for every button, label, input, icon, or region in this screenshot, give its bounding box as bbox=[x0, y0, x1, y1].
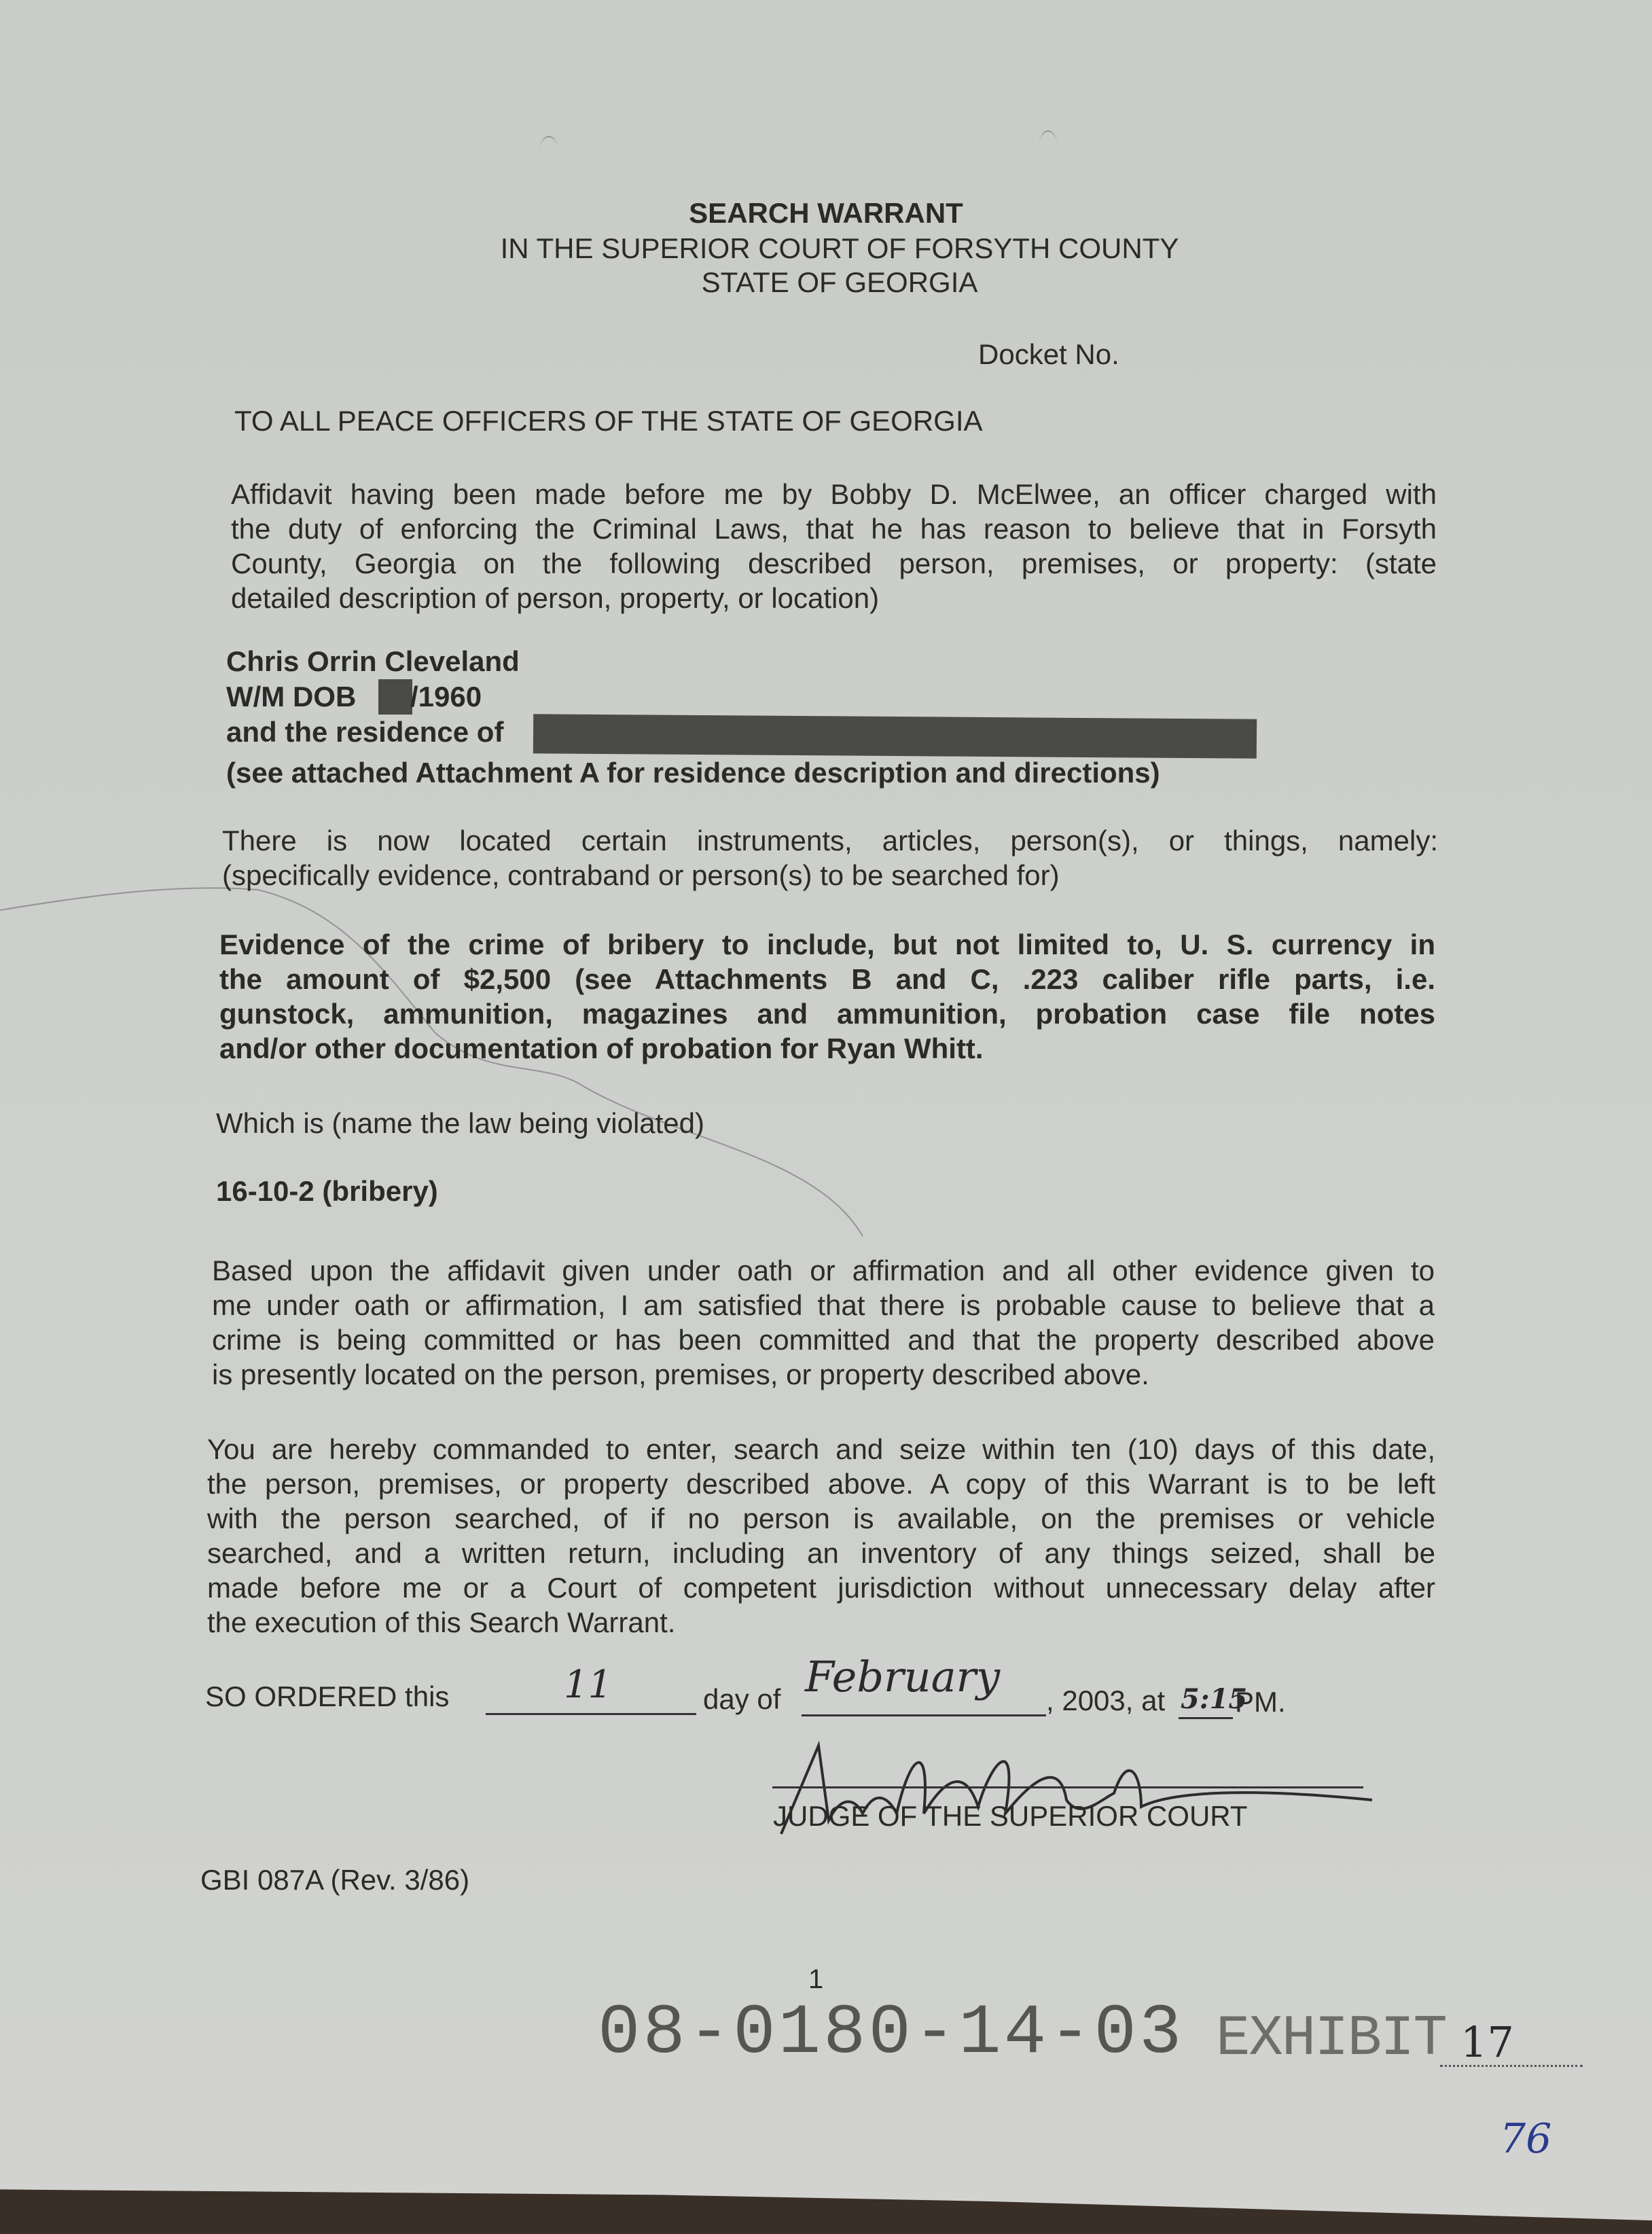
handwritten-day: 11 bbox=[564, 1663, 612, 1707]
paragraph-line: Evidence of the crime of bribery to incl… bbox=[219, 927, 1435, 962]
paragraph-line: (specifically evidence, contraband or pe… bbox=[222, 858, 1438, 893]
evidence-paragraph: Evidence of the crime of bribery to incl… bbox=[219, 927, 1435, 1066]
paragraph-line: the duty of enforcing the Criminal Laws,… bbox=[231, 511, 1437, 546]
affidavit-paragraph: Affidavit having been made before me by … bbox=[231, 477, 1437, 615]
document-title: SEARCH WARRANT bbox=[0, 196, 1652, 231]
subject-name: Chris Orrin Cleveland bbox=[226, 644, 520, 679]
paper-crease-mark bbox=[1039, 130, 1057, 159]
day-of-label: day of bbox=[703, 1682, 780, 1717]
order-prefix: SO ORDERED this bbox=[205, 1679, 449, 1714]
redaction-residence bbox=[533, 714, 1257, 758]
redaction-dob bbox=[378, 679, 412, 715]
warrant-page: SEARCH WARRANT IN THE SUPERIOR COURT OF … bbox=[0, 0, 1652, 2234]
paper-crease-mark bbox=[540, 136, 558, 164]
paragraph-line: searched, and a written return, includin… bbox=[207, 1536, 1435, 1570]
paragraph-line: You are hereby commanded to enter, searc… bbox=[207, 1432, 1435, 1466]
command-paragraph: You are hereby commanded to enter, searc… bbox=[207, 1432, 1435, 1640]
paragraph-line: detailed description of person, property… bbox=[231, 581, 1437, 615]
judge-title: JUDGE OF THE SUPERIOR COURT bbox=[773, 1799, 1248, 1834]
court-name: IN THE SUPERIOR COURT OF FORSYTH COUNTY bbox=[14, 231, 1652, 266]
year-text: , 2003, at bbox=[1046, 1683, 1165, 1718]
subject-dob-prefix: W/M DOB bbox=[226, 679, 356, 715]
docket-label: Docket No. bbox=[978, 337, 1119, 372]
probable-cause-paragraph: Based upon the affidavit given under oat… bbox=[212, 1253, 1435, 1392]
exhibit-stamp-label: EXHIBIT bbox=[1216, 2007, 1446, 2072]
paragraph-line: and/or other documentation of probation … bbox=[219, 1031, 1435, 1066]
paragraph-line: with the person searched, of if no perso… bbox=[207, 1501, 1435, 1536]
salutation: TO ALL PEACE OFFICERS OF THE STATE OF GE… bbox=[234, 403, 983, 439]
case-number-stamp: 08-0180-14-03 bbox=[598, 1994, 1184, 2074]
paragraph-line: made before me or a Court of competent j… bbox=[207, 1570, 1435, 1605]
page-number: 1 bbox=[808, 1962, 823, 1997]
law-cited: 16-10-2 (bribery) bbox=[216, 1174, 438, 1209]
law-prompt: Which is (name the law being violated) bbox=[216, 1106, 704, 1141]
residence-label: and the residence of bbox=[226, 715, 503, 750]
signature-line[interactable] bbox=[772, 1759, 1363, 1788]
handwritten-month: February bbox=[805, 1652, 1000, 1701]
form-id: GBI 087A (Rev. 3/86) bbox=[200, 1862, 469, 1898]
paragraph-line: is presently located on the person, prem… bbox=[212, 1357, 1435, 1392]
paragraph-line: Affidavit having been made before me by … bbox=[231, 477, 1437, 511]
state-name: STATE OF GEORGIA bbox=[14, 265, 1652, 300]
attachment-note: (see attached Attachment A for residence… bbox=[226, 755, 1160, 791]
desk-surface bbox=[0, 2180, 1652, 2234]
paragraph-line: There is now located certain instruments… bbox=[222, 823, 1438, 858]
handwritten-page-ref: 76 bbox=[1500, 2115, 1551, 2163]
paragraph-line: the execution of this Search Warrant. bbox=[207, 1605, 1435, 1640]
paragraph-line: Based upon the affidavit given under oat… bbox=[212, 1253, 1435, 1288]
paragraph-line: the person, premises, or property descri… bbox=[207, 1466, 1435, 1501]
exhibit-number: 17 bbox=[1460, 2017, 1514, 2067]
meridiem-suffix: PM. bbox=[1235, 1684, 1286, 1720]
paragraph-line: me under oath or affirmation, I am satis… bbox=[212, 1288, 1435, 1322]
paragraph-line: gunstock, ammunition, magazines and ammu… bbox=[219, 996, 1435, 1031]
subject-dob-year: /1960 bbox=[410, 679, 482, 715]
paragraph-line: crime is being committed or has been com… bbox=[212, 1322, 1435, 1357]
located-paragraph: There is now located certain instruments… bbox=[222, 823, 1438, 893]
paragraph-line: the amount of $2,500 (see Attachments B … bbox=[219, 962, 1435, 996]
paragraph-line: County, Georgia on the following describ… bbox=[231, 546, 1437, 581]
